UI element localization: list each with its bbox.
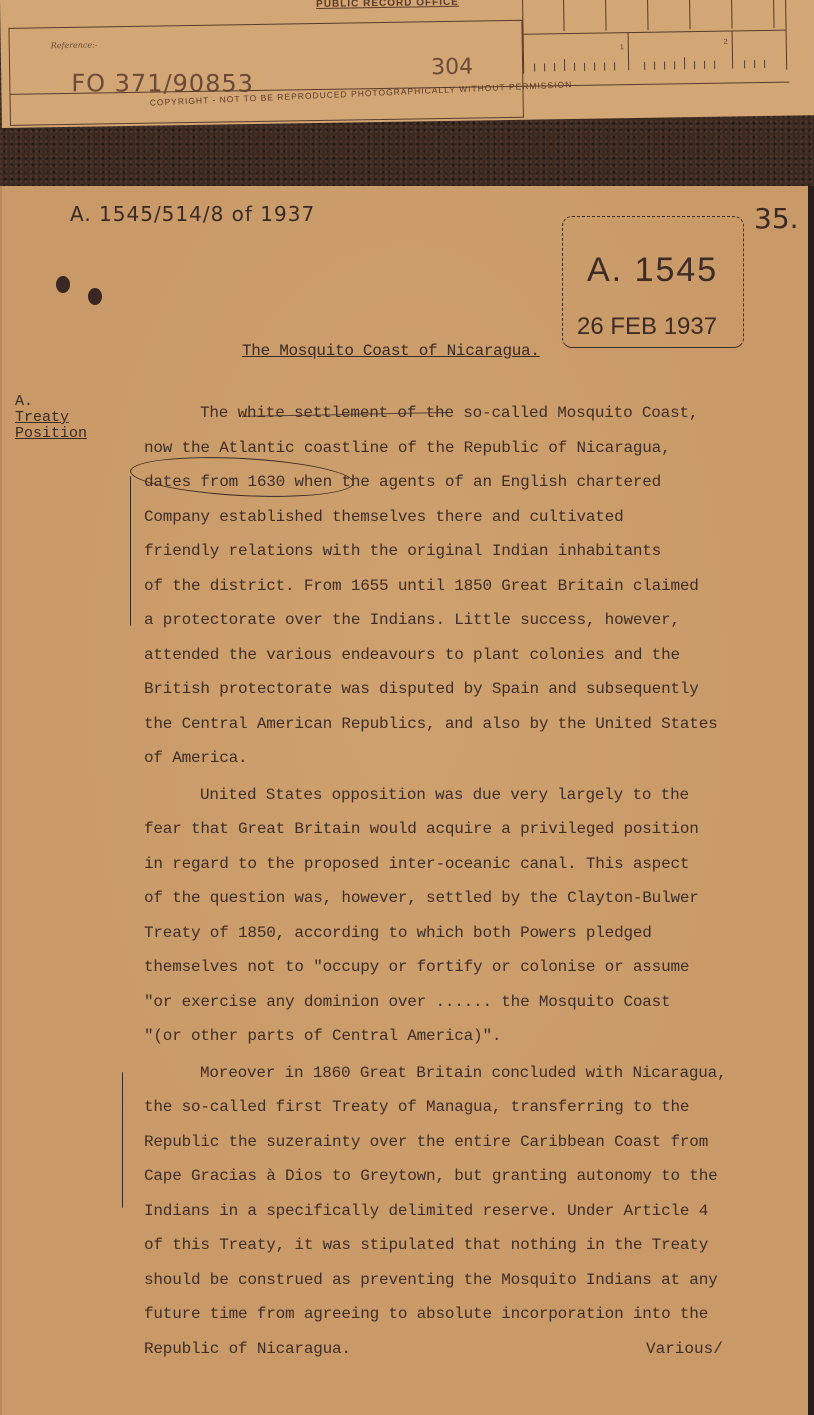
text-line: Treaty of 1850, according to which both … xyxy=(144,916,804,951)
text-line: future time from agreeing to absolute in… xyxy=(144,1297,804,1332)
text-line: Cape Gracias à Dios to Greytown, but gra… xyxy=(144,1159,804,1194)
text-line: should be construed as preventing the Mo… xyxy=(144,1263,804,1298)
record-office-slip: PUBLIC RECORD OFFICE Reference:- FO 371/… xyxy=(0,0,814,128)
text-line: of this Treaty, it was stipulated that n… xyxy=(144,1228,804,1263)
text-line: "(or other parts of Central America)". xyxy=(144,1019,804,1054)
catchword: Various/ xyxy=(646,1340,723,1358)
punch-hole xyxy=(88,288,102,305)
text-line: themselves not to "occupy or fortify or … xyxy=(144,950,804,985)
scale-ruler: 1 2 3 5 6 1 2 xyxy=(522,0,787,74)
paragraph: The white settlement of the so-called Mo… xyxy=(144,396,804,776)
margin-heading-line: Treaty xyxy=(15,410,87,426)
text-line: now the Atlantic coastline of the Republ… xyxy=(144,431,804,466)
paragraph: United States opposition was due very la… xyxy=(144,778,804,1054)
text-line: Moreover in 1860 Great Britain concluded… xyxy=(144,1056,804,1091)
stamp-number: A. 1545 xyxy=(587,251,718,290)
text-line: dates from 1630 when the agents of an En… xyxy=(144,465,804,500)
text-line: the so-called first Treaty of Managua, t… xyxy=(144,1090,804,1125)
document-page: A. 1545/514/8 of 1937 35. A. 1545 26 FEB… xyxy=(0,186,810,1415)
text-line: Company established themselves there and… xyxy=(144,500,804,535)
text-line: attended the various endeavours to plant… xyxy=(144,638,804,673)
margin-heading: A. Treaty Position xyxy=(15,394,87,442)
ruler-label: 2 xyxy=(724,39,728,46)
paragraph: Moreover in 1860 Great Britain concluded… xyxy=(144,1056,804,1367)
text-line: a protectorate over the Indians. Little … xyxy=(144,603,804,638)
text-line: The white settlement of the so-called Mo… xyxy=(144,396,804,431)
text-line: of the district. From 1655 until 1850 Gr… xyxy=(144,569,804,604)
text-line: Indians in a specifically delimited rese… xyxy=(144,1194,804,1229)
ruler-label: 6 xyxy=(767,0,771,1)
text-line: fear that Great Britain would acquire a … xyxy=(144,812,804,847)
ruler-label: 1 xyxy=(620,44,624,51)
text-line: of the question was, however, settled by… xyxy=(144,881,804,916)
slip-piece-number: 304 xyxy=(431,55,473,81)
pen-margin-bracket xyxy=(122,1072,123,1208)
registry-number: A. 1545/514/8 of 1937 xyxy=(70,202,315,226)
registry-stamp: A. 1545 26 FEB 1937 xyxy=(562,216,744,348)
margin-heading-line: Position xyxy=(15,426,87,442)
text-line: "or exercise any dominion over ...... th… xyxy=(144,985,804,1020)
text-line: of America. xyxy=(144,741,804,776)
slip-title: PUBLIC RECORD OFFICE xyxy=(316,0,459,10)
page-edge-shadow xyxy=(808,186,814,1415)
text-line: the Central American Republics, and also… xyxy=(144,707,804,742)
stamp-date: 26 FEB 1937 xyxy=(577,313,717,341)
text-line: Republic the suzerainty over the entire … xyxy=(144,1125,804,1160)
text-line: in regard to the proposed inter-oceanic … xyxy=(144,847,804,882)
margin-heading-letter: A. xyxy=(15,394,87,410)
folio-number: 35. xyxy=(754,202,799,235)
text-line: United States opposition was due very la… xyxy=(144,778,804,813)
document-body: The white settlement of the so-called Mo… xyxy=(144,396,804,1366)
punch-hole xyxy=(56,276,70,293)
text-line: British protectorate was disputed by Spa… xyxy=(144,672,804,707)
text-line: friendly relations with the original Ind… xyxy=(144,534,804,569)
slip-reference-label: Reference:- xyxy=(51,40,98,50)
pen-margin-bracket xyxy=(130,476,131,626)
document-title: The Mosquito Coast of Nicaragua. xyxy=(242,342,540,360)
